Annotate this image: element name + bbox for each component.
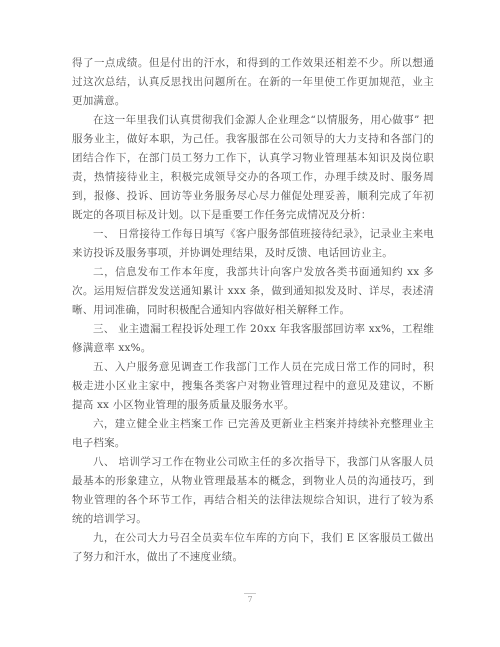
document-page: 得了一点成绩。但是付出的汗水，和得到的工作效果还相差不少。所以想通过这次总结，认… [0,0,500,647]
page-footer: 7 [0,593,500,605]
document-paragraph: 三、 业主遗漏工程投诉处理工作 20xx 年我客服部回访率 xx%，工程维修满意… [72,320,434,358]
document-body: 得了一点成绩。但是付出的汗水，和得到的工作效果还相差不少。所以想通过这次总结，认… [72,54,434,567]
document-paragraph: 五、入户服务意见调查工作我部门工作人员在完成日常工作的同时，积极走进小区业主家中… [72,358,434,415]
document-paragraph: 一、 日常接待工作每日填写《客户服务部值班接待纪录》，记录业主来电来访投诉及服务… [72,225,434,263]
document-paragraph: 二，信息发布工作本年度，我部共计向客户发放各类书面通知约 xx 多次。运用短信群… [72,263,434,320]
document-paragraph: 八、 培训学习工作在物业公司欧主任的多次指导下，我部门从客服人员最基本的形象建立… [72,453,434,529]
document-paragraph: 在这一年里我们认真贯彻我们金源人企业理念“以情服务，用心做事” 把服务业主，做好… [72,111,434,225]
document-paragraph: 得了一点成绩。但是付出的汗水，和得到的工作效果还相差不少。所以想通过这次总结，认… [72,54,434,111]
document-paragraph: 九，在公司大力号召全员卖车位车库的方向下，我们 E 区客服员工做出了努力和汗水，… [72,529,434,567]
page-number: 7 [244,593,255,605]
document-paragraph: 六，建立健全业主档案工作 已完善及更新业主档案并持续补充整理业主电子档案。 [72,415,434,453]
